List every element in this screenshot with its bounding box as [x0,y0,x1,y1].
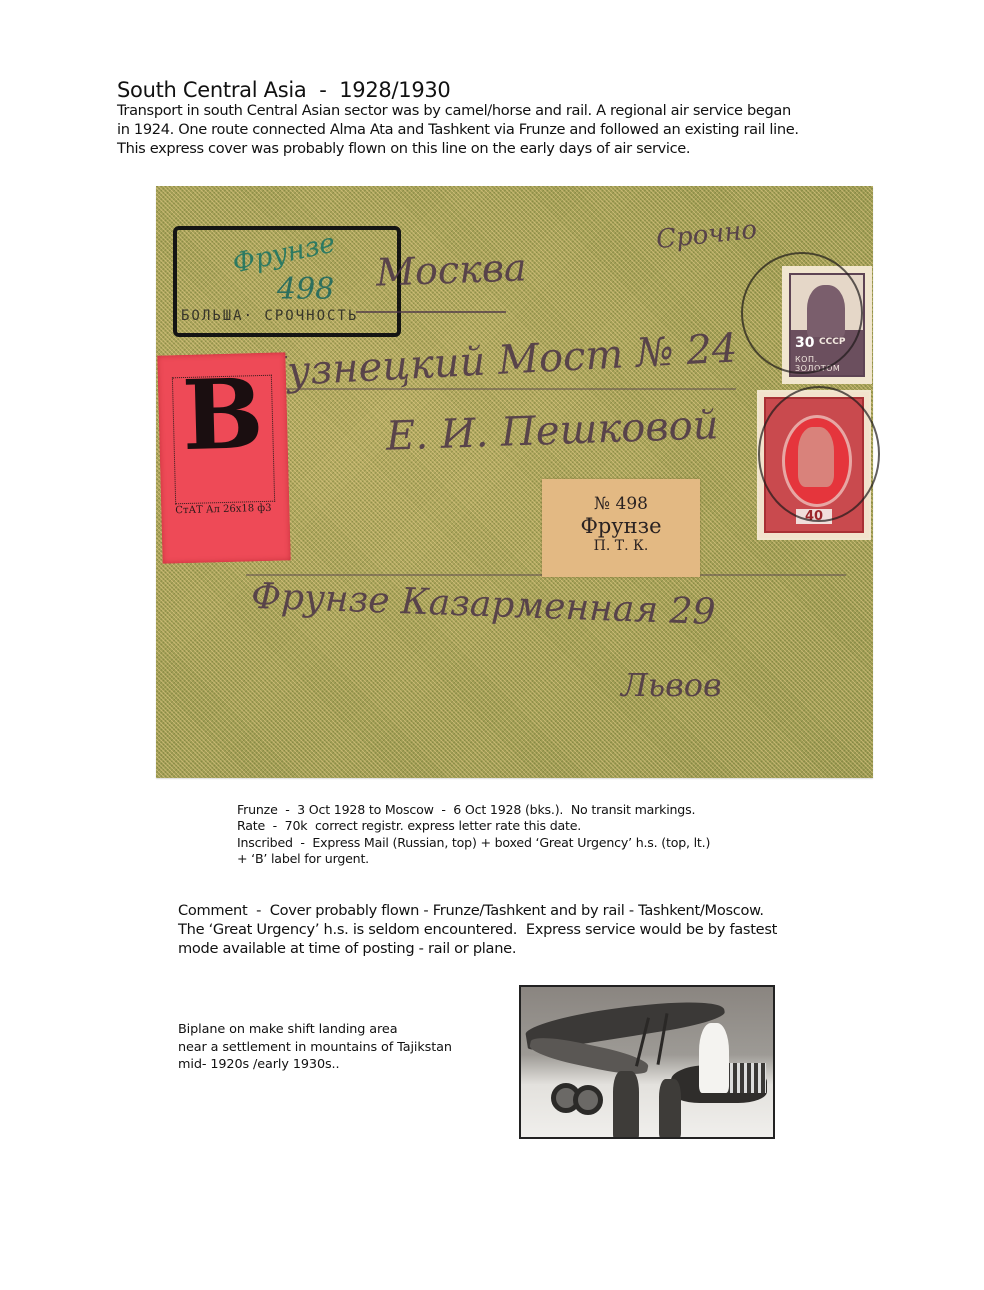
underline [356,311,506,313]
note-line: + ‘B’ label for urgent. [237,851,710,867]
address-rule [276,388,736,390]
cover-notes: Frunze - 3 Oct 1928 to Moscow - 6 Oct 19… [237,802,710,867]
biplane-photo [519,985,775,1139]
comment-line: mode available at time of posting - rail… [178,939,777,958]
comment-line: The ‘Great Urgency’ h.s. is seldom encou… [178,920,777,939]
registration-town: Фрунзе [542,514,700,538]
cover-envelope-image: Фрунзе 498 БОЛЬША· СРОЧНОСТЬ Срочно Моск… [156,186,873,778]
destination-city: Москва [375,245,527,294]
urgent-letter: В [157,358,288,471]
rider-white-robe [699,1023,729,1093]
sender-name: Львов [621,666,722,704]
note-line: Inscribed - Express Mail (Russian, top) … [237,835,710,851]
registration-label: № 498 Фрунзе П. Т. К. [542,479,700,577]
handstamp-text: БОЛЬША· СРОЧНОСТЬ [181,308,358,324]
comment-line: Comment - Cover probably flown - Frunze/… [178,901,777,920]
intro-line: in 1924. One route connected Alma Ata an… [117,120,897,139]
registration-abbrev: П. Т. К. [542,538,700,554]
person-walking [659,1079,681,1139]
photo-caption: Biplane on make shift landing area near … [178,1021,452,1074]
intro-paragraph: Transport in south Central Asian sector … [117,101,897,158]
express-marking: Срочно [655,215,759,255]
page-title: South Central Asia - 1928/1930 [117,78,451,102]
comment-paragraph: Comment - Cover probably flown - Frunze/… [178,901,777,958]
registration-number: № 498 [542,494,700,514]
postmark-circle [758,386,880,522]
great-urgency-handstamp: Фрунзе 498 БОЛЬША· СРОЧНОСТЬ [173,226,401,337]
intro-line: This express cover was probably flown on… [117,139,897,158]
caption-line: Biplane on make shift landing area [178,1021,452,1039]
intro-line: Transport in south Central Asian sector … [117,101,897,120]
wheel-icon [573,1085,603,1115]
pencil-number: 498 [277,272,334,307]
caption-line: mid- 1920s /early 1930s.. [178,1056,452,1074]
postmark-circle [741,252,863,374]
urgent-b-label: В СтАТ Ал 26х18 ф3 [157,352,290,563]
recipient-name: Е. И. Пешковой [385,402,719,460]
label-imprint: СтАТ Ал 26х18 ф3 [175,503,271,517]
person-walking [613,1071,639,1139]
caption-line: near a settlement in mountains of Tajiks… [178,1039,452,1057]
sender-address: Фрунзе Казарменная 29 [250,576,716,633]
note-line: Frunze - 3 Oct 1928 to Moscow - 6 Oct 19… [237,802,710,818]
note-line: Rate - 70k correct registr. express lett… [237,818,710,834]
